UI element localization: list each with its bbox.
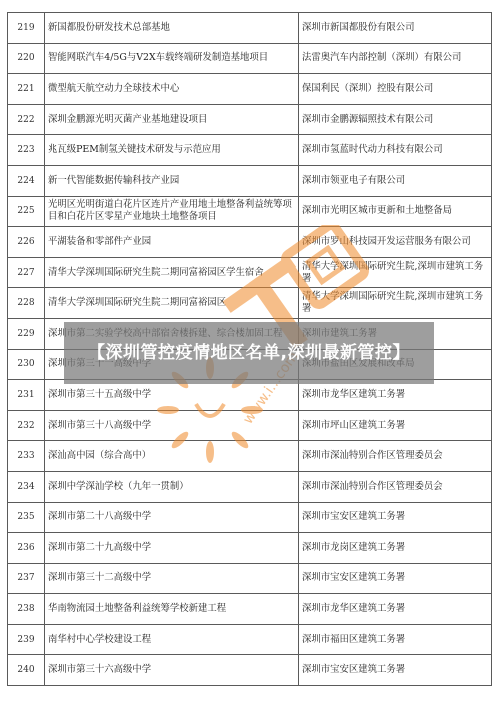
responsible-unit: 深圳市宝安区建筑工务署 (299, 563, 492, 594)
responsible-unit: 深圳市福田区建筑工务署 (299, 624, 492, 655)
row-number: 223 (8, 135, 45, 166)
responsible-unit: 深圳市宝安区建筑工务署 (299, 655, 492, 686)
responsible-unit: 深圳市深汕特别合作区管理委员会 (299, 471, 492, 502)
row-number: 231 (8, 380, 45, 411)
table-row: 220智能网联汽车4/5G与V2X车载终端研发制造基地项目法雷奥汽车内部控制（深… (8, 43, 492, 74)
responsible-unit: 深圳市光明区城市更新和土地整备局 (299, 196, 492, 227)
table-row: 221微型航天航空动力全球技术中心保国利民（深圳）控股有限公司 (8, 74, 492, 105)
row-number: 222 (8, 104, 45, 135)
project-name: 光明区光明街道白花片区连片产业用地土地整备利益统筹项目和白花片区零星产业地块土地… (45, 196, 299, 227)
table-row: 231深圳市第三十五高级中学深圳市龙华区建筑工务署 (8, 380, 492, 411)
table-row: 233深汕高中园（综合高中）深圳市深汕特别合作区管理委员会 (8, 441, 492, 472)
row-number: 219 (8, 13, 45, 44)
table-row: 228清华大学深圳国际研究生院二期同富裕园区清华大学深圳国际研究生院,深圳市建筑… (8, 288, 492, 319)
row-number: 235 (8, 502, 45, 533)
table-row: 225光明区光明街道白花片区连片产业用地土地整备利益统筹项目和白花片区零星产业地… (8, 196, 492, 227)
project-name: 智能网联汽车4/5G与V2X车载终端研发制造基地项目 (45, 43, 299, 74)
row-number: 234 (8, 471, 45, 502)
project-name: 深圳市第三十六高级中学 (45, 655, 299, 686)
table-row: 234深圳中学深汕学校（九年一贯制）深圳市深汕特别合作区管理委员会 (8, 471, 492, 502)
row-number: 221 (8, 74, 45, 105)
responsible-unit: 清华大学深圳国际研究生院,深圳市建筑工务署 (299, 257, 492, 288)
responsible-unit: 深圳市龙华区建筑工务署 (299, 380, 492, 411)
table-row: 238华南物流园土地整备利益统筹学校新建工程深圳市龙华区建筑工务署 (8, 594, 492, 625)
responsible-unit: 深圳市金鹏源辐照技术有限公司 (299, 104, 492, 135)
project-name: 深圳市第三十二高级中学 (45, 563, 299, 594)
row-number: 227 (8, 257, 45, 288)
project-name: 深圳市第二十九高级中学 (45, 533, 299, 564)
table-row: 224新一代智能数据传输科技产业园深圳市领亚电子有限公司 (8, 165, 492, 196)
banner-title: 【深圳管控疫情地区名单,深圳最新管控】 (84, 341, 414, 365)
project-name: 平湖装备和零部件产业园 (45, 227, 299, 258)
row-number: 238 (8, 594, 45, 625)
project-name: 华南物流园土地整备利益统筹学校新建工程 (45, 594, 299, 625)
table-row: 226平湖装备和零部件产业园深圳市罗山科技园开发运营服务有限公司 (8, 227, 492, 258)
row-number: 220 (8, 43, 45, 74)
row-number: 229 (8, 318, 45, 349)
project-name: 深圳市第三十八高级中学 (45, 410, 299, 441)
responsible-unit: 深圳市罗山科技园开发运营服务有限公司 (299, 227, 492, 258)
project-name: 新国都股份研发技术总部基地 (45, 13, 299, 44)
responsible-unit: 深圳市深汕特别合作区管理委员会 (299, 441, 492, 472)
project-name: 深圳中学深汕学校（九年一贯制） (45, 471, 299, 502)
responsible-unit: 法雷奥汽车内部控制（深圳）有限公司 (299, 43, 492, 74)
responsible-unit: 深圳市龙华区建筑工务署 (299, 594, 492, 625)
project-name: 清华大学深圳国际研究生院二期同富裕园区学生宿舍 (45, 257, 299, 288)
responsible-unit: 深圳市新国都股份有限公司 (299, 13, 492, 44)
responsible-unit: 清华大学深圳国际研究生院,深圳市建筑工务署 (299, 288, 492, 319)
responsible-unit: 保国利民（深圳）控股有限公司 (299, 74, 492, 105)
row-number: 237 (8, 563, 45, 594)
responsible-unit: 深圳市坪山区建筑工务署 (299, 410, 492, 441)
responsible-unit: 深圳市龙岗区建筑工务署 (299, 533, 492, 564)
row-number: 240 (8, 655, 45, 686)
row-number: 239 (8, 624, 45, 655)
project-name: 深汕高中园（综合高中） (45, 441, 299, 472)
table-row: 240深圳市第三十六高级中学深圳市宝安区建筑工务署 (8, 655, 492, 686)
responsible-unit: 深圳市领亚电子有限公司 (299, 165, 492, 196)
table-row: 232深圳市第三十八高级中学深圳市坪山区建筑工务署 (8, 410, 492, 441)
table-row: 227清华大学深圳国际研究生院二期同富裕园区学生宿舍清华大学深圳国际研究生院,深… (8, 257, 492, 288)
project-name: 深圳市第三十五高级中学 (45, 380, 299, 411)
row-number: 233 (8, 441, 45, 472)
table-row: 235深圳市第二十八高级中学深圳市宝安区建筑工务署 (8, 502, 492, 533)
row-number: 225 (8, 196, 45, 227)
row-number: 236 (8, 533, 45, 564)
table-row: 237深圳市第三十二高级中学深圳市宝安区建筑工务署 (8, 563, 492, 594)
project-name: 深圳市第二十八高级中学 (45, 502, 299, 533)
project-name: 微型航天航空动力全球技术中心 (45, 74, 299, 105)
table-row: 239南华村中心学校建设工程深圳市福田区建筑工务署 (8, 624, 492, 655)
responsible-unit: 深圳市宝安区建筑工务署 (299, 502, 492, 533)
project-name: 南华村中心学校建设工程 (45, 624, 299, 655)
table-row: 236深圳市第二十九高级中学深圳市龙岗区建筑工务署 (8, 533, 492, 564)
project-name: 兆瓦级PEM制氢关键技术研发与示范应用 (45, 135, 299, 166)
row-number: 228 (8, 288, 45, 319)
table-row: 219新国都股份研发技术总部基地深圳市新国都股份有限公司 (8, 13, 492, 44)
row-number: 226 (8, 227, 45, 258)
table-row: 222深圳金鹏源光明灭菌产业基地建设项目深圳市金鹏源辐照技术有限公司 (8, 104, 492, 135)
responsible-unit: 深圳市氢蓝时代动力科技有限公司 (299, 135, 492, 166)
project-name: 深圳金鹏源光明灭菌产业基地建设项目 (45, 104, 299, 135)
project-name: 新一代智能数据传输科技产业园 (45, 165, 299, 196)
row-number: 232 (8, 410, 45, 441)
project-name: 清华大学深圳国际研究生院二期同富裕园区 (45, 288, 299, 319)
row-number: 224 (8, 165, 45, 196)
table-row: 223兆瓦级PEM制氢关键技术研发与示范应用深圳市氢蓝时代动力科技有限公司 (8, 135, 492, 166)
row-number: 230 (8, 349, 45, 380)
title-banner: 【深圳管控疫情地区名单,深圳最新管控】 (64, 322, 434, 384)
